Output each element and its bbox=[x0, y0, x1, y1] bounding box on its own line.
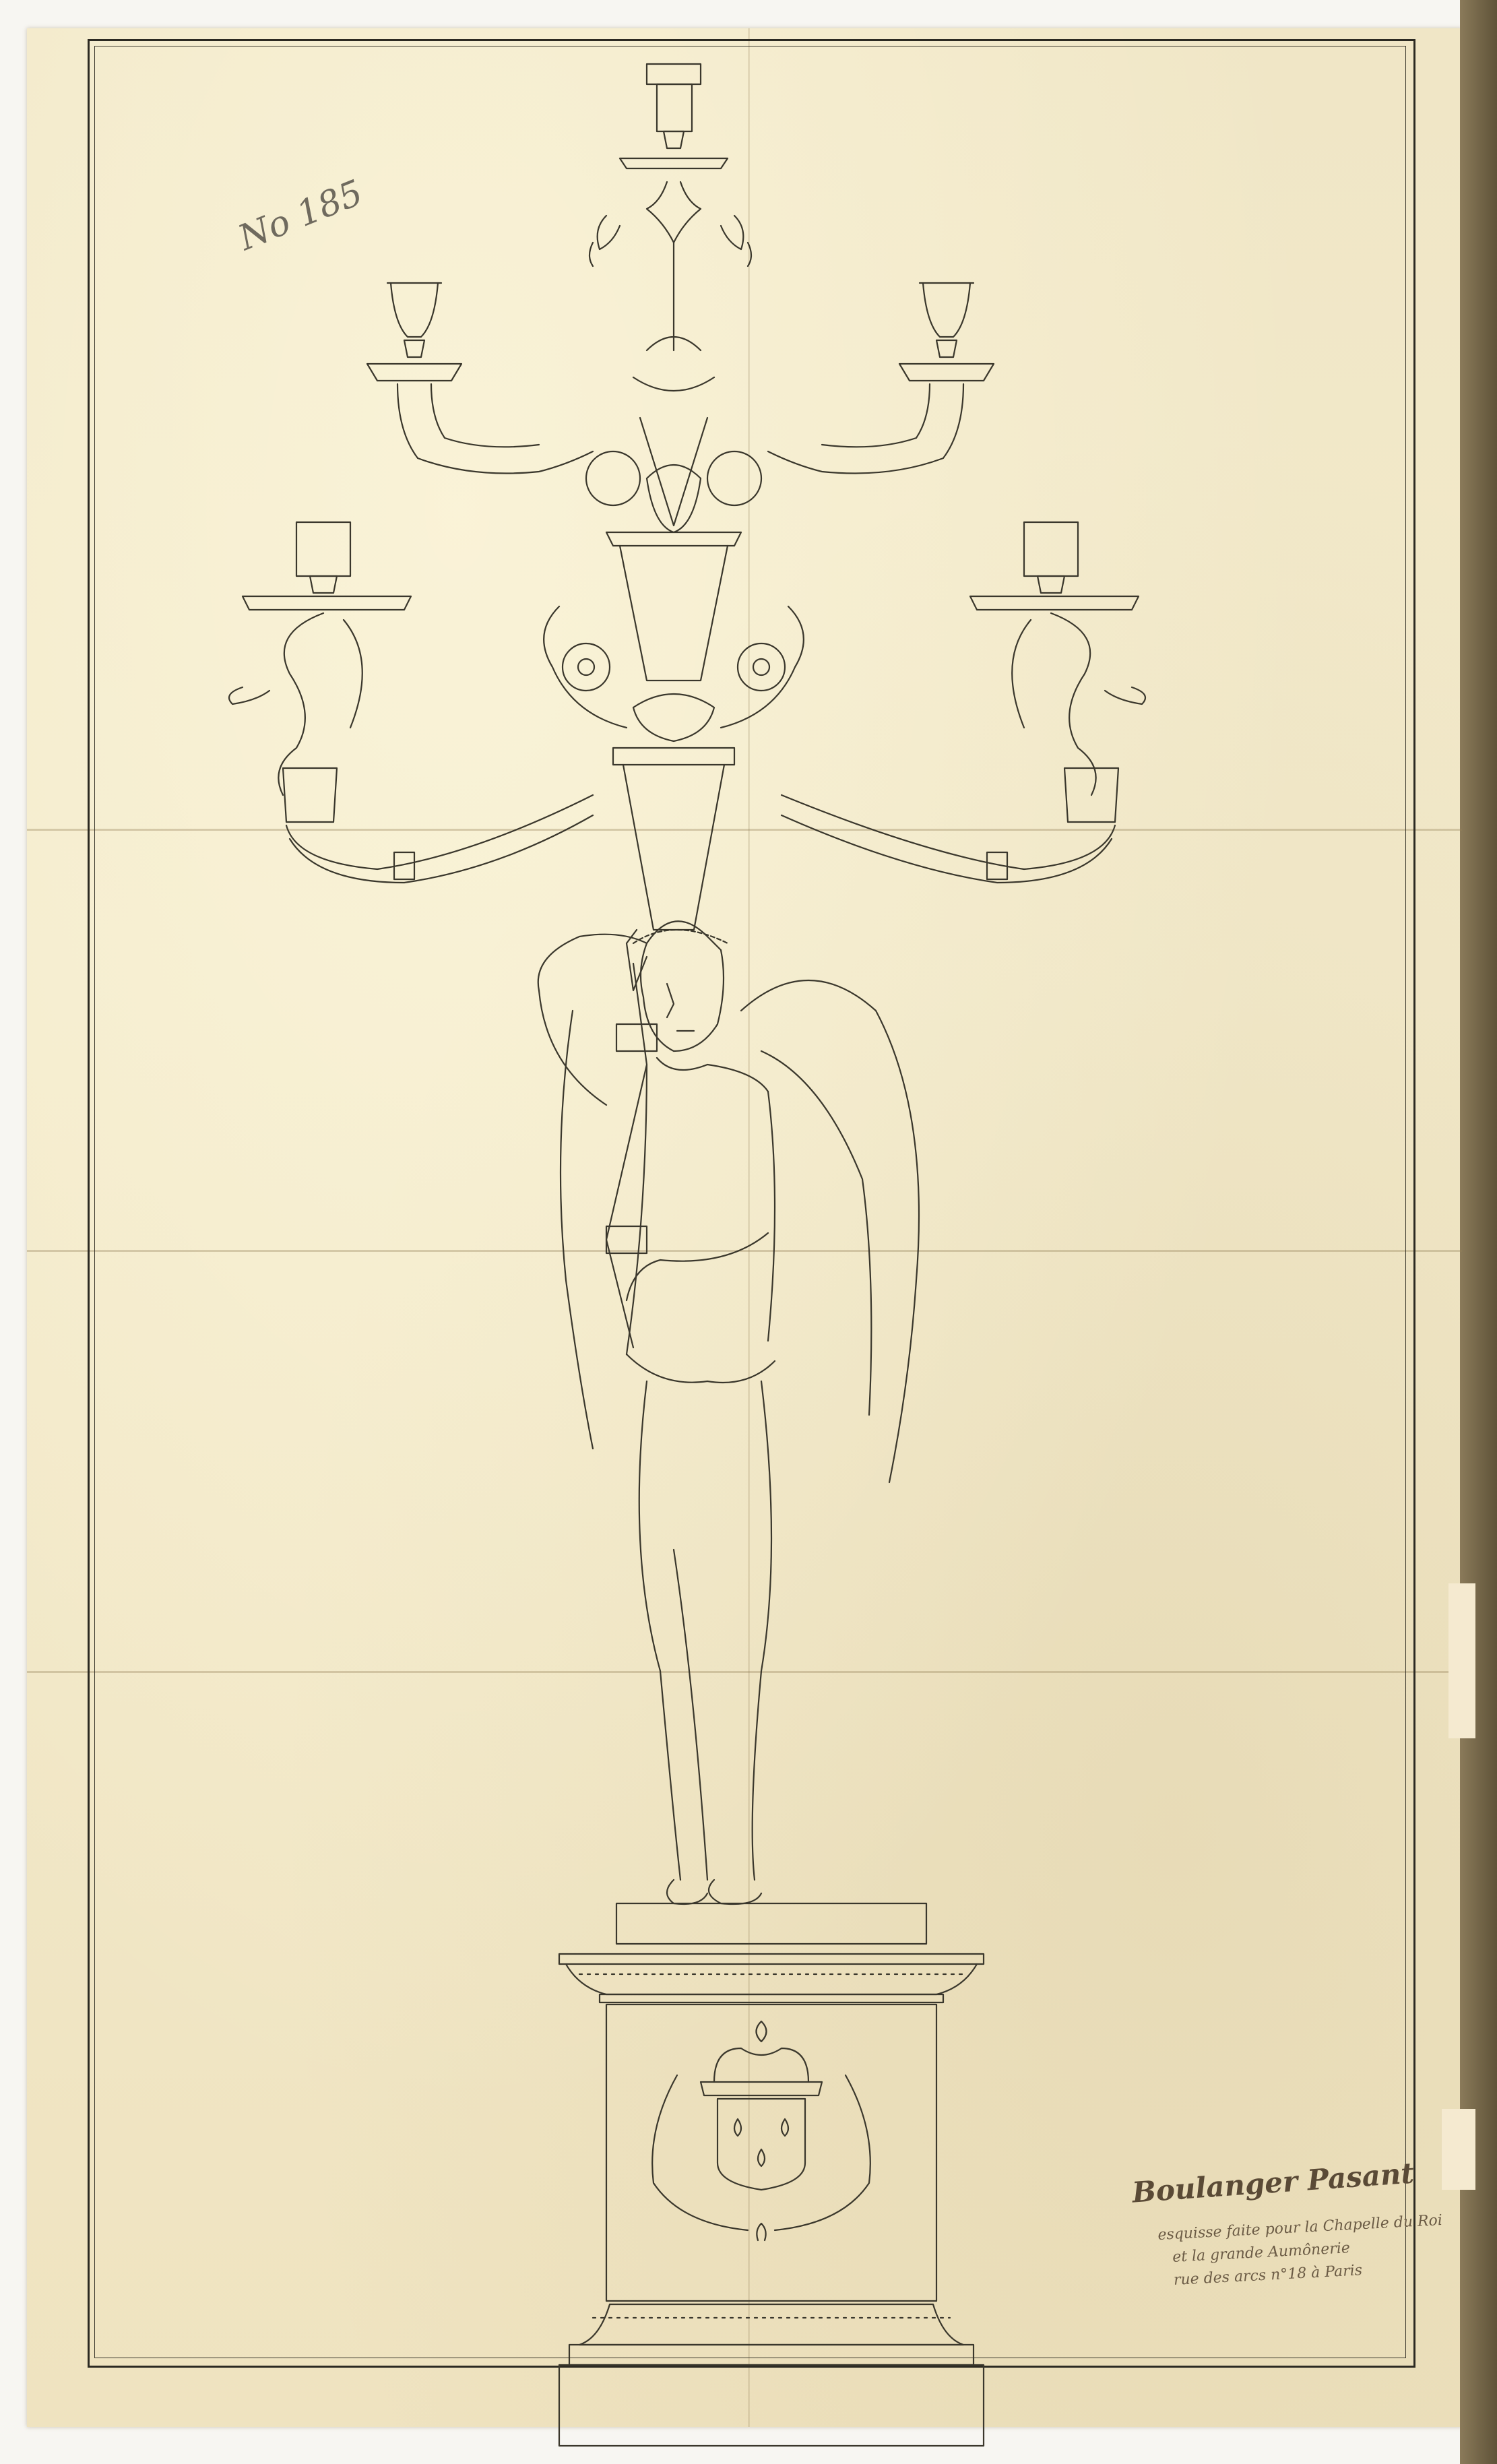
upper-right-arm bbox=[768, 283, 994, 474]
candelabrum-drawing bbox=[0, 0, 1497, 2464]
lower-left-swan-arm bbox=[229, 522, 593, 883]
crowned-shield bbox=[701, 2021, 822, 2190]
paper-tear bbox=[1442, 2109, 1475, 2190]
top-candle-cup bbox=[620, 64, 728, 168]
lower-right-swan-arm bbox=[782, 522, 1145, 883]
upper-left-arm bbox=[367, 283, 593, 474]
lily-bouquet bbox=[590, 182, 751, 526]
paper-tear bbox=[1448, 1583, 1475, 1738]
laurel-wreath bbox=[652, 2075, 870, 2240]
pedestal bbox=[559, 1903, 984, 2446]
angel-figure bbox=[538, 921, 919, 1904]
